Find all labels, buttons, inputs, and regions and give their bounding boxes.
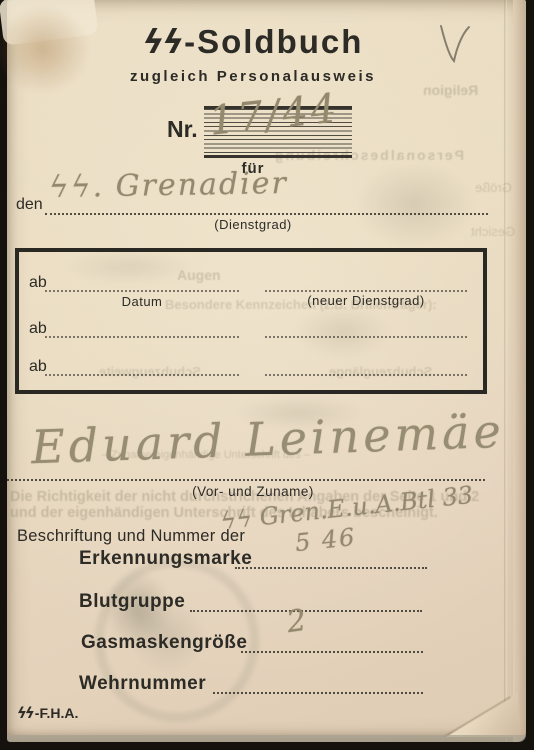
rank-dotted-line	[45, 213, 488, 215]
ss-runes-icon: ϟϟ	[143, 22, 185, 61]
promotion-date-line	[45, 336, 239, 338]
bottom-page-edge	[7, 735, 526, 742]
blutgruppe-label: Blutgruppe	[79, 591, 185, 613]
promotion-box: ab Datum (neuer Dienstgrad) ab ab	[15, 248, 487, 394]
gasmaskengroesse-label: Gasmaskengröße	[81, 632, 247, 654]
promotion-date-line	[45, 374, 239, 376]
promotion-date-line	[45, 290, 239, 292]
wehrnummer-dotted-line	[213, 692, 423, 694]
promotion-rank-line	[265, 290, 467, 292]
soldbuch-cover-page: ReligionPersonalbeschreibungGrößeGesicht…	[7, 0, 526, 742]
datum-caption: Datum	[45, 294, 239, 309]
footer-text: -F.H.A.	[35, 705, 79, 721]
erkennungsmarke-label: Erkennungsmarke	[79, 548, 252, 570]
ss-runes-icon: ϟϟ	[17, 704, 35, 722]
page-title-text: -Soldbuch	[184, 23, 363, 60]
name-handwritten-value: Eduard Leinemäe	[30, 404, 505, 475]
promotion-rank-line	[265, 336, 467, 338]
promotion-rank-line	[265, 374, 467, 376]
footer-publisher: ϟϟ-F.H.A.	[17, 704, 78, 722]
den-label: den	[16, 196, 43, 214]
wehrnummer-label: Wehrnummer	[79, 673, 206, 695]
name-dotted-line	[7, 479, 485, 481]
new-rank-caption: (neuer Dienstgrad)	[265, 293, 467, 308]
number-label: Nr.	[167, 116, 198, 143]
gasmaskengroesse-handwritten-value: 2	[285, 603, 309, 640]
unit-handwritten-line2: 5 46	[294, 523, 358, 557]
erkennungsmarke-dotted-line	[235, 567, 427, 569]
rank-handwritten-value: ϟϟ. Grenadier	[49, 166, 288, 205]
rank-caption: (Dienstgrad)	[7, 217, 499, 232]
page-title: ϟϟ-Soldbuch	[7, 22, 499, 61]
pencil-checkmark-icon	[437, 22, 475, 68]
gasmaskengroesse-dotted-line	[241, 651, 423, 653]
page-subtitle: zugleich Personalausweis	[7, 68, 499, 85]
blutgruppe-dotted-line	[190, 610, 422, 612]
beschriftung-intro: Beschriftung und Nummer der	[17, 527, 245, 546]
